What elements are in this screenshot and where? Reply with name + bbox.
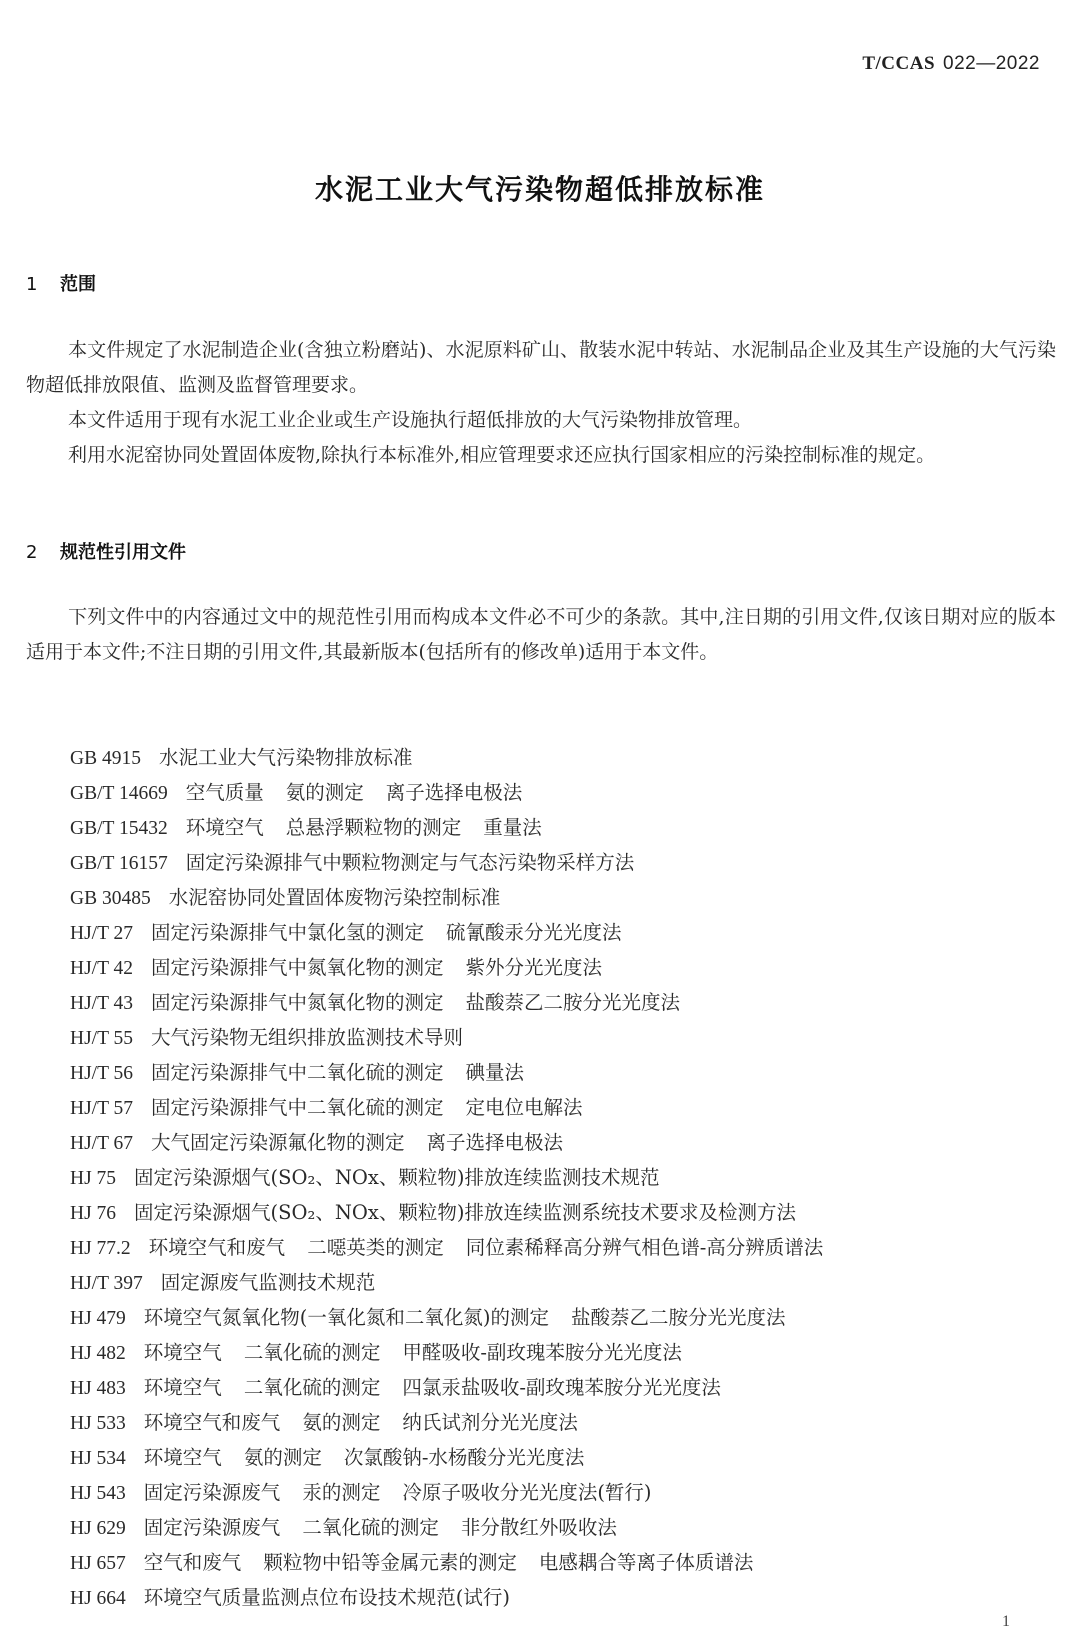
reference-code: HJ 657 — [70, 1553, 126, 1574]
reference-item: HJ/T 56固定污染源排气中二氧化硫的测定碘量法 — [70, 1055, 845, 1090]
reference-code: GB/T 15432 — [70, 818, 168, 839]
section-heading-scope: 1范围 — [26, 270, 96, 296]
reference-item: HJ 479环境空气氮氧化物(一氧化氮和二氧化氮)的测定盐酸萘乙二胺分光光度法 — [70, 1300, 845, 1335]
reference-title-part: 次氯酸钠-水杨酸分光光度法 — [344, 1446, 585, 1469]
reference-item: GB/T 14669空气质量氨的测定离子选择电极法 — [70, 775, 845, 810]
reference-title-part: 空气和废气 — [144, 1551, 242, 1574]
reference-title-part: 紫外分光光度法 — [466, 956, 603, 979]
reference-item: HJ 77.2环境空气和废气二噁英类的测定同位素稀释高分辨气相色谱-高分辨质谱法 — [70, 1230, 845, 1265]
reference-code: HJ/T 42 — [70, 958, 133, 979]
reference-title-part: 固定污染源烟气(SO₂、NOx、颗粒物)排放连续监测技术规范 — [134, 1166, 659, 1189]
reference-title-part: 固定污染源烟气(SO₂、NOx、颗粒物)排放连续监测系统技术要求及检测方法 — [134, 1201, 796, 1224]
reference-title-part: 空气质量 — [186, 781, 264, 804]
reference-item: GB 30485水泥窑协同处置固体废物污染控制标准 — [70, 880, 845, 915]
document-title: 水泥工业大气污染物超低排放标准 — [0, 168, 1080, 208]
reference-item: HJ 629固定污染源废气二氧化硫的测定非分散红外吸收法 — [70, 1510, 845, 1545]
scope-paragraph-3: 利用水泥窑协同处置固体废物,除执行本标准外,相应管理要求还应执行国家相应的污染控… — [26, 438, 1056, 473]
reference-item: GB/T 16157固定污染源排气中颗粒物测定与气态污染物采样方法 — [70, 845, 845, 880]
reference-title-part: 纳氏试剂分光光度法 — [402, 1411, 578, 1434]
reference-item: HJ 533环境空气和废气氨的测定纳氏试剂分光光度法 — [70, 1405, 845, 1440]
reference-title-part: 环境空气氮氧化物(一氧化氮和二氧化氮)的测定 — [144, 1306, 549, 1329]
section-number: 1 — [26, 274, 60, 295]
reference-title-part: 固定污染源排气中二氧化硫的测定 — [151, 1061, 444, 1084]
reference-item: HJ/T 57固定污染源排气中二氧化硫的测定定电位电解法 — [70, 1090, 845, 1125]
reference-title-part: 离子选择电极法 — [427, 1131, 564, 1154]
reference-title-part: 固定污染源废气 — [144, 1481, 281, 1504]
reference-title-part: 定电位电解法 — [466, 1096, 583, 1119]
scope-paragraph-2: 本文件适用于现有水泥工业企业或生产设施执行超低排放的大气污染物排放管理。 — [26, 403, 1056, 438]
reference-code: HJ 534 — [70, 1448, 126, 1469]
reference-code: HJ 76 — [70, 1203, 116, 1224]
reference-title-part: 大气污染物无组织排放监测技术导则 — [151, 1026, 463, 1049]
reference-item: HJ 664环境空气质量监测点位布设技术规范(试行) — [70, 1580, 845, 1615]
reference-title-part: 固定污染源排气中氮氧化物的测定 — [151, 956, 444, 979]
reference-title-part: 水泥窑协同处置固体废物污染控制标准 — [169, 886, 501, 909]
reference-item: GB/T 15432环境空气总悬浮颗粒物的测定重量法 — [70, 810, 845, 845]
references-intro-paragraph: 下列文件中的内容通过文中的规范性引用而构成本文件必不可少的条款。其中,注日期的引… — [26, 600, 1056, 670]
reference-item: HJ/T 397固定源废气监测技术规范 — [70, 1265, 845, 1300]
reference-title-part: 电感耦合等离子体质谱法 — [539, 1551, 754, 1574]
reference-title-part: 氨的测定 — [302, 1411, 380, 1434]
reference-title-part: 氨的测定 — [286, 781, 364, 804]
section-number: 2 — [26, 542, 60, 563]
reference-item: HJ/T 43固定污染源排气中氮氧化物的测定盐酸萘乙二胺分光光度法 — [70, 985, 845, 1020]
reference-item: HJ 75固定污染源烟气(SO₂、NOx、颗粒物)排放连续监测技术规范 — [70, 1160, 845, 1195]
reference-title-part: 非分散红外吸收法 — [461, 1516, 617, 1539]
reference-item: HJ/T 27固定污染源排气中氯化氢的测定硫氰酸汞分光光度法 — [70, 915, 845, 950]
reference-code: HJ/T 397 — [70, 1273, 143, 1294]
reference-item: HJ 76固定污染源烟气(SO₂、NOx、颗粒物)排放连续监测系统技术要求及检测… — [70, 1195, 845, 1230]
reference-title-part: 大气固定污染源氟化物的测定 — [151, 1131, 405, 1154]
reference-title-part: 水泥工业大气污染物排放标准 — [159, 746, 413, 769]
reference-item: HJ/T 55大气污染物无组织排放监测技术导则 — [70, 1020, 845, 1055]
section-heading-normative-references: 2规范性引用文件 — [26, 538, 186, 564]
reference-title-part: 汞的测定 — [302, 1481, 380, 1504]
reference-title-part: 盐酸萘乙二胺分光光度法 — [571, 1306, 786, 1329]
standard-code-number: 022—2022 — [943, 53, 1040, 74]
reference-title-part: 环境空气 — [186, 816, 264, 839]
reference-code: HJ/T 27 — [70, 923, 133, 944]
reference-item: HJ 543固定污染源废气汞的测定冷原子吸收分光光度法(暂行) — [70, 1475, 845, 1510]
reference-code: GB/T 16157 — [70, 853, 168, 874]
reference-title-part: 环境空气 — [144, 1376, 222, 1399]
standard-code: T/CCAS022—2022 — [862, 52, 1040, 75]
page-number: 1 — [1002, 1613, 1010, 1631]
reference-title-part: 总悬浮颗粒物的测定 — [286, 816, 462, 839]
reference-code: HJ 75 — [70, 1168, 116, 1189]
reference-title-part: 同位素稀释高分辨气相色谱-高分辨质谱法 — [466, 1236, 824, 1259]
reference-title-part: 环境空气 — [144, 1341, 222, 1364]
section-title: 规范性引用文件 — [60, 542, 186, 563]
section-title: 范围 — [60, 274, 96, 295]
scope-paragraph-1: 本文件规定了水泥制造企业(含独立粉磨站)、水泥原料矿山、散装水泥中转站、水泥制品… — [26, 333, 1056, 403]
reference-title-part: 盐酸萘乙二胺分光光度法 — [466, 991, 681, 1014]
reference-item: HJ 534环境空气氨的测定次氯酸钠-水杨酸分光光度法 — [70, 1440, 845, 1475]
reference-code: GB 4915 — [70, 748, 141, 769]
reference-title-part: 硫氰酸汞分光光度法 — [446, 921, 622, 944]
reference-code: HJ 483 — [70, 1378, 126, 1399]
reference-title-part: 固定污染源排气中颗粒物测定与气态污染物采样方法 — [186, 851, 635, 874]
reference-title-part: 固定污染源废气 — [144, 1516, 281, 1539]
reference-title-part: 冷原子吸收分光光度法(暂行) — [402, 1481, 651, 1504]
reference-code: HJ/T 57 — [70, 1098, 133, 1119]
reference-item: HJ 482环境空气二氧化硫的测定甲醛吸收-副玫瑰苯胺分光光度法 — [70, 1335, 845, 1370]
reference-list: GB 4915水泥工业大气污染物排放标准GB/T 14669空气质量氨的测定离子… — [70, 740, 845, 1615]
reference-code: HJ 479 — [70, 1308, 126, 1329]
reference-code: HJ 664 — [70, 1588, 126, 1609]
reference-item: HJ/T 42固定污染源排气中氮氧化物的测定紫外分光光度法 — [70, 950, 845, 985]
reference-title-part: 氨的测定 — [244, 1446, 322, 1469]
reference-code: HJ 482 — [70, 1343, 126, 1364]
reference-title-part: 二氧化硫的测定 — [244, 1376, 381, 1399]
reference-code: GB 30485 — [70, 888, 151, 909]
reference-title-part: 环境空气 — [144, 1446, 222, 1469]
reference-item: HJ 657空气和废气颗粒物中铅等金属元素的测定电感耦合等离子体质谱法 — [70, 1545, 845, 1580]
reference-title-part: 二噁英类的测定 — [307, 1236, 444, 1259]
reference-code: HJ/T 67 — [70, 1133, 133, 1154]
reference-title-part: 二氧化硫的测定 — [244, 1341, 381, 1364]
reference-code: HJ 543 — [70, 1483, 126, 1504]
reference-code: GB/T 14669 — [70, 783, 168, 804]
reference-item: HJ/T 67大气固定污染源氟化物的测定离子选择电极法 — [70, 1125, 845, 1160]
reference-code: HJ/T 56 — [70, 1063, 133, 1084]
reference-title-part: 重量法 — [483, 816, 542, 839]
reference-title-part: 环境空气和废气 — [149, 1236, 286, 1259]
reference-code: HJ 533 — [70, 1413, 126, 1434]
reference-code: HJ/T 43 — [70, 993, 133, 1014]
reference-title-part: 固定污染源排气中氯化氢的测定 — [151, 921, 424, 944]
reference-title-part: 碘量法 — [466, 1061, 525, 1084]
reference-item: GB 4915水泥工业大气污染物排放标准 — [70, 740, 845, 775]
reference-item: HJ 483环境空气二氧化硫的测定四氯汞盐吸收-副玫瑰苯胺分光光度法 — [70, 1370, 845, 1405]
reference-title-part: 固定污染源排气中氮氧化物的测定 — [151, 991, 444, 1014]
standard-code-prefix: T/CCAS — [862, 53, 935, 74]
reference-title-part: 环境空气质量监测点位布设技术规范(试行) — [144, 1586, 510, 1609]
reference-code: HJ 629 — [70, 1518, 126, 1539]
reference-title-part: 固定污染源排气中二氧化硫的测定 — [151, 1096, 444, 1119]
reference-title-part: 离子选择电极法 — [386, 781, 523, 804]
reference-title-part: 固定源废气监测技术规范 — [161, 1271, 376, 1294]
reference-code: HJ 77.2 — [70, 1238, 131, 1259]
reference-title-part: 颗粒物中铅等金属元素的测定 — [263, 1551, 517, 1574]
reference-code: HJ/T 55 — [70, 1028, 133, 1049]
reference-title-part: 四氯汞盐吸收-副玫瑰苯胺分光光度法 — [402, 1376, 721, 1399]
reference-title-part: 甲醛吸收-副玫瑰苯胺分光光度法 — [402, 1341, 682, 1364]
reference-title-part: 环境空气和废气 — [144, 1411, 281, 1434]
reference-title-part: 二氧化硫的测定 — [302, 1516, 439, 1539]
